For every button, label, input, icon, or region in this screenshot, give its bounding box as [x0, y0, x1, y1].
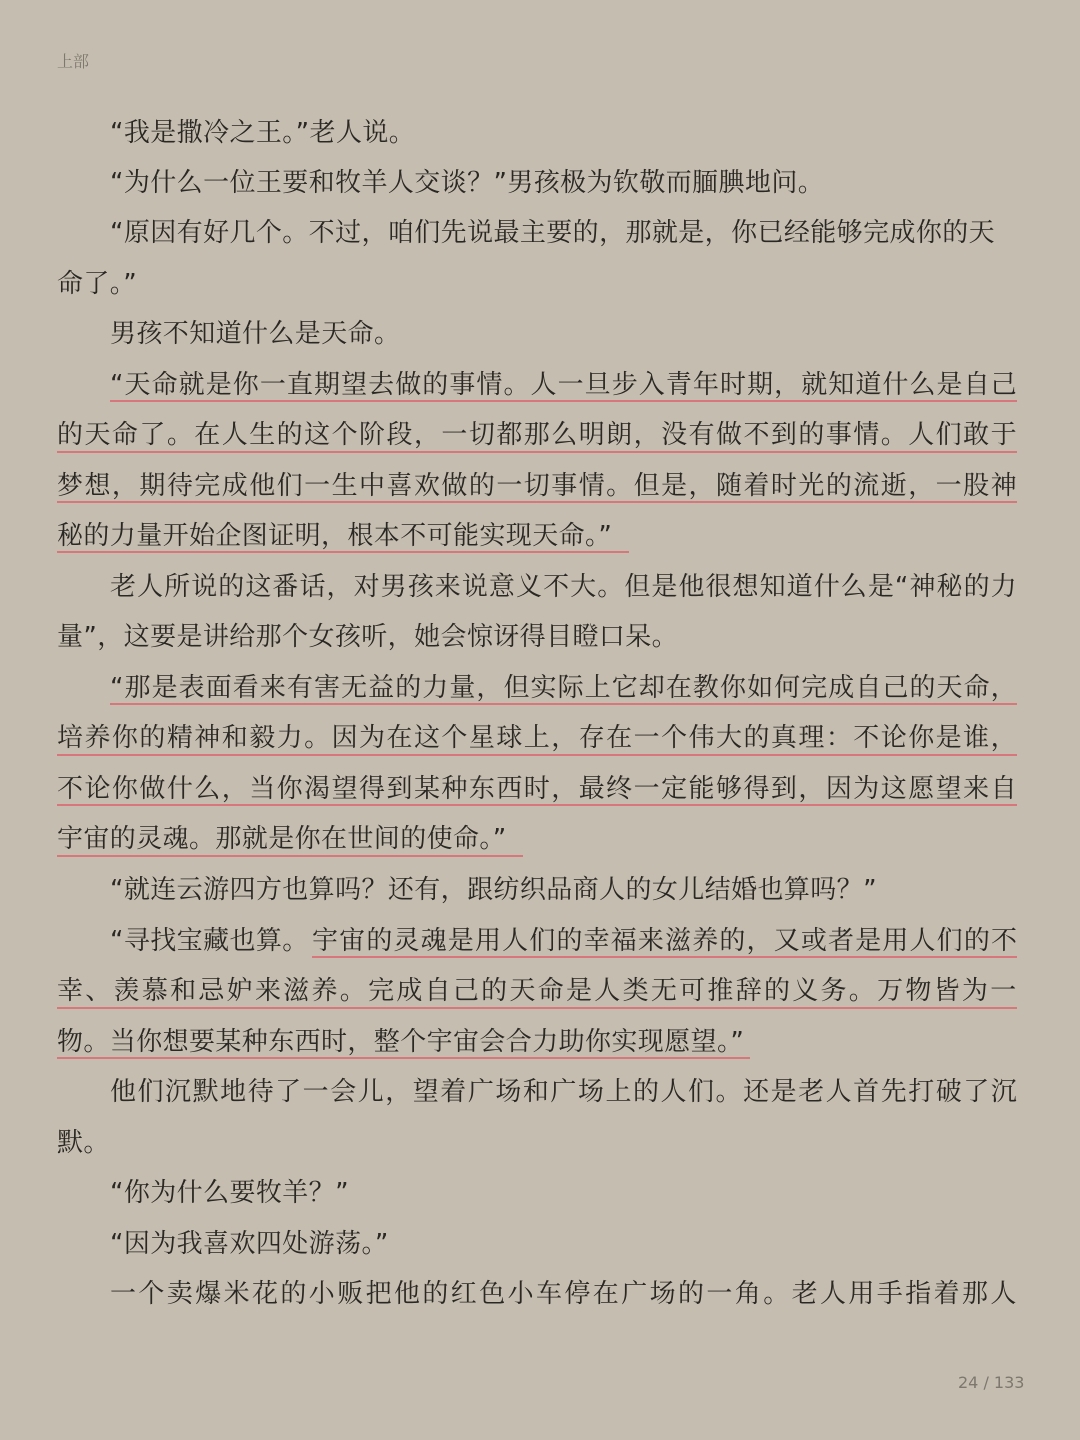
underline-mark	[57, 451, 1017, 453]
underline-mark	[57, 551, 629, 553]
highlighted-text-line[interactable]: 培养你的精神和毅力。因为在这个星球上，存在一个伟大的真理：不论你是谁，	[57, 721, 1018, 755]
text-line: 默。	[57, 1126, 110, 1160]
text-line: 老人所说的这番话，对男孩来说意义不大。但是他很想知道什么是“神秘的力	[110, 570, 1018, 604]
underline-mark	[312, 956, 1017, 958]
text-line: “为什么一位王要和牧羊人交谈？”男孩极为钦敬而腼腆地问。	[110, 166, 824, 200]
text-line: “就连云游四方也算吗？还有，跟纺织品商人的女儿结婚也算吗？”	[110, 873, 877, 907]
highlighted-text-line[interactable]: 宇宙的灵魂。那就是你在世间的使命。”	[57, 822, 507, 856]
text-line: 命了。”	[57, 267, 137, 301]
underline-mark	[57, 754, 1017, 756]
highlighted-text-line[interactable]: 的天命了。在人生的这个阶段，一切都那么明朗，没有做不到的事情。人们敢于	[57, 418, 1018, 452]
underline-mark	[57, 804, 1017, 806]
text-line: 男孩不知道什么是天命。	[110, 317, 400, 351]
highlighted-text-line[interactable]: 梦想，期待完成他们一生中喜欢做的一切事情。但是，随着时光的流逝，一股神	[57, 469, 1018, 503]
highlighted-text-line[interactable]: “天命就是你一直期望去做的事情。人一旦步入青年时期，就知道什么是自己	[110, 368, 1018, 402]
text-line: “寻找宝藏也算。	[110, 924, 309, 958]
section-header: 上部	[57, 49, 89, 72]
highlighted-text-line[interactable]: 物。当你想要某种东西时，整个宇宙会合力助你实现愿望。”	[57, 1025, 744, 1059]
text-line: “因为我喜欢四处游荡。”	[110, 1227, 389, 1261]
underline-mark	[57, 1007, 1017, 1009]
underline-mark	[110, 703, 1017, 705]
text-line: 一个卖爆米花的小贩把他的红色小车停在广场的一角。老人用手指着那人	[110, 1277, 1019, 1311]
page-indicator: 24 / 133	[958, 1373, 1024, 1392]
underline-mark	[110, 400, 1017, 402]
underline-mark	[57, 855, 523, 857]
text-line: 他们沉默地待了一会儿，望着广场和广场上的人们。还是老人首先打破了沉	[110, 1075, 1018, 1109]
highlighted-text-line[interactable]: “那是表面看来有害无益的力量，但实际上它却在教你如何完成自己的天命，	[110, 671, 1018, 705]
highlighted-text-line[interactable]: 秘的力量开始企图证明，根本不可能实现天命。”	[57, 519, 612, 553]
text-line: “我是撒冷之王。”老人说。	[110, 116, 415, 150]
text-line: 量”，这要是讲给那个女孩听，她会惊讶得目瞪口呆。	[57, 620, 678, 654]
text-line: “原因有好几个。不过，咱们先说最主要的，那就是，你已经能够完成你的天	[110, 216, 1017, 250]
underline-mark	[57, 501, 1017, 503]
highlighted-text-line[interactable]: 幸、羡慕和忌妒来滋养。完成自己的天命是人类无可推辞的义务。万物皆为一	[57, 974, 1018, 1008]
highlighted-text-line[interactable]: 不论你做什么，当你渴望得到某种东西时，最终一定能够得到，因为这愿望来自	[57, 772, 1018, 806]
underline-mark	[57, 1057, 750, 1059]
highlighted-text-line[interactable]: 宇宙的灵魂是用人们的幸福来滋养的，又或者是用人们的不	[312, 924, 1018, 958]
text-line: “你为什么要牧羊？”	[110, 1176, 349, 1210]
